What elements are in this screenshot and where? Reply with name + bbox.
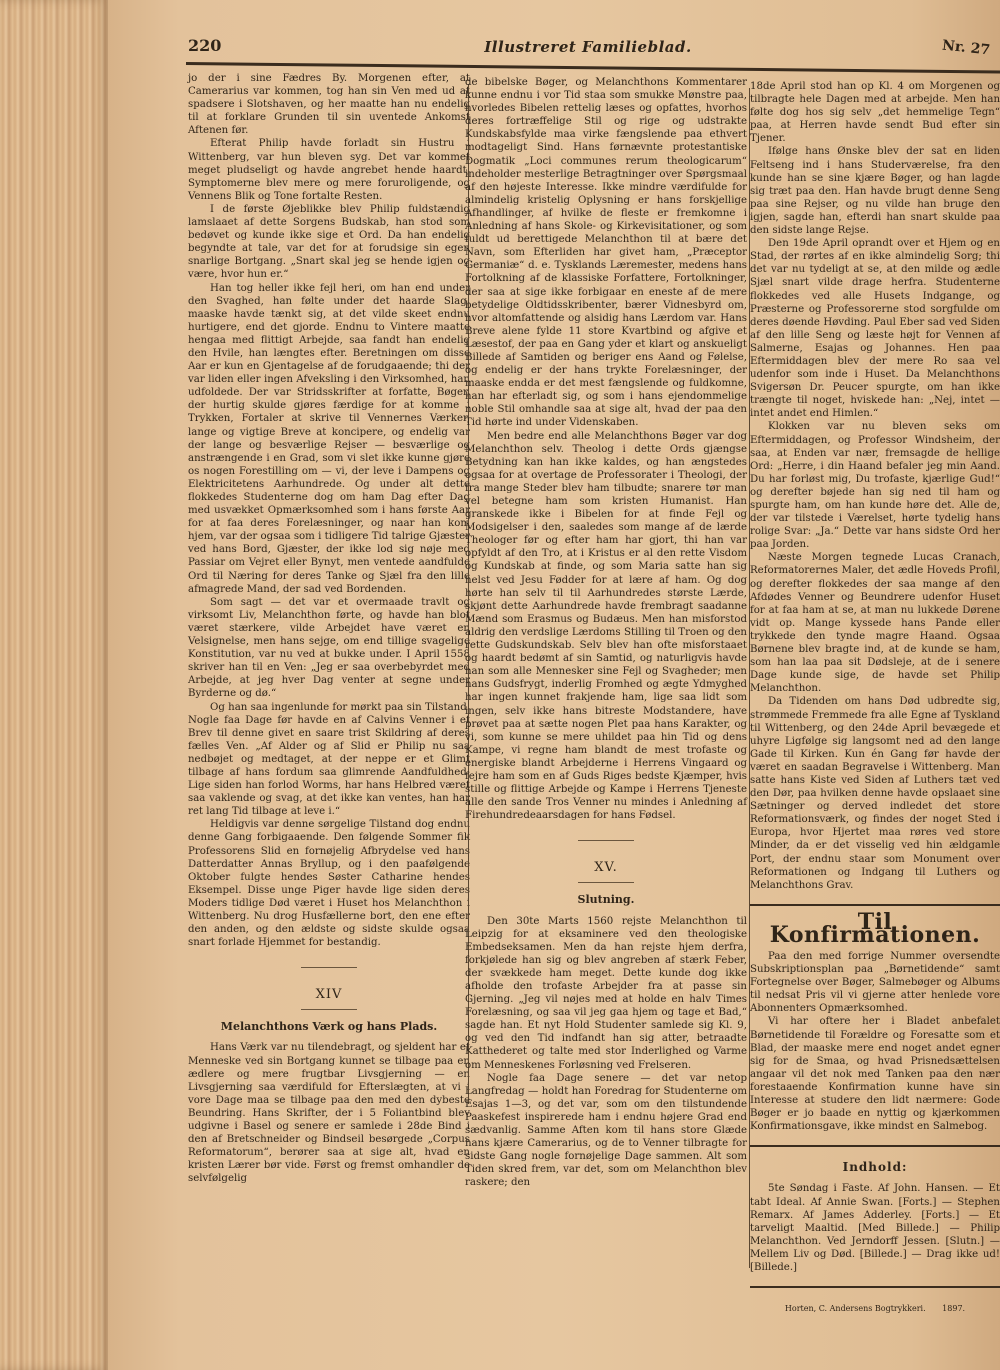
paragraph: Næste Morgen tegnede Lucas Cranach, Refo… [750,551,1000,695]
right-column: 18de April stod han op Kl. 4 om Morgenen… [750,80,1000,1315]
paragraph: Men bedre end alle Melanchthons Bøger va… [465,430,747,823]
section-divider [750,1145,1000,1147]
section-number: XIV [188,988,470,1001]
page-edges [0,0,108,1370]
paragraph: Efterat Philip havde forladt sin Hustru … [188,137,470,202]
paragraph: Paa den med forrige Nummer oversendte Su… [750,950,1000,1015]
advertisement-title: Til Konfirmationen. [750,916,1000,942]
paragraph: Ifølge hans Ønske blev der sat en liden … [750,145,1000,237]
page-header: 220 Illustreret Familieblad. Nr. 27 [188,36,988,66]
middle-column: de bibelske Bøger, og Melanchthons Komme… [465,76,747,1190]
paragraph: 18de April stod han op Kl. 4 om Morgenen… [750,80,1000,145]
journal-title: Illustreret Familieblad. [188,38,988,56]
section-divider [750,904,1000,906]
section-divider [301,1009,357,1010]
paragraph: I de første Øjeblikke blev Philip fuldst… [188,203,470,282]
paragraph: Heldigvis var denne sørgelige Tilstand d… [188,818,470,949]
paragraph: Vi har oftere her i Bladet anbefalet Bør… [750,1015,1000,1133]
paragraph: Den 19de April oprandt over et Hjem og e… [750,237,1000,420]
paragraph: Hans Værk var nu tilendebragt, og sjelde… [188,1041,470,1185]
newspaper-page: 220 Illustreret Familieblad. Nr. 27 jo d… [108,0,1000,1370]
paragraph: Den 30te Marts 1560 rejste Melanchthon t… [465,915,747,1072]
paragraph: Han tog heller ikke fejl heri, om han en… [188,282,470,596]
table-of-contents: Indhold: 5te Søndag i Faste. Af John. Ha… [750,1161,1000,1274]
section-divider [578,882,634,883]
paragraph: Da Tidenden om hans Død udbredte sig, st… [750,695,1000,891]
paragraph: Klokken var nu bleven seks om Eftermidda… [750,420,1000,551]
print-year: 1897. [942,1304,965,1313]
section-divider [301,967,357,968]
imprint: Horten, C. Andersens Bogtrykkeri. 1897. [750,1302,1000,1315]
paragraph: Nogle faa Dage senere — det var netop La… [465,1072,747,1190]
section-title: Slutning. [465,893,747,906]
section-number: XV. [465,861,747,874]
advertisement: Til Konfirmationen. Paa den med forrige … [750,916,1000,1134]
left-column: jo der i sine Fædres By. Morgenen efter,… [188,72,470,1186]
section-divider [578,840,634,841]
printer-name: Horten, C. Andersens Bogtrykkeri. [785,1304,926,1313]
paragraph: Og han saa ingenlunde for mørkt paa sin … [188,701,470,819]
paragraph: jo der i sine Fædres By. Morgenen efter,… [188,72,470,137]
section-divider [750,1286,1000,1288]
paragraph: Som sagt — det var et overmaade travlt o… [188,596,470,701]
contents-title: Indhold: [750,1161,1000,1174]
paragraph: de bibelske Bøger, og Melanchthons Komme… [465,76,747,430]
contents-text: 5te Søndag i Faste. Af John. Hansen. — E… [750,1182,1000,1274]
section-title: Melanchthons Værk og hans Plads. [188,1020,470,1033]
